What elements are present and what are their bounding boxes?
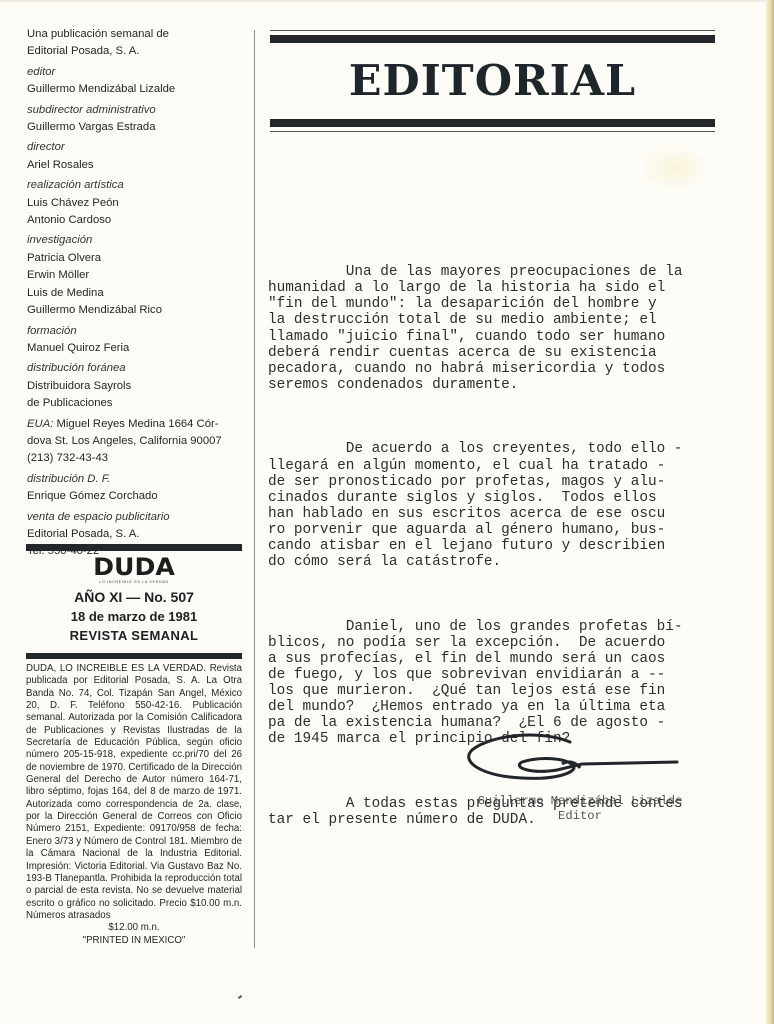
column-divider xyxy=(254,30,255,948)
printed-in-mexico: "PRINTED IN MEXICO" xyxy=(26,935,242,947)
credit-group: distribución D. F.Enrique Gómez Corchado xyxy=(27,471,243,506)
credit-name: Guillermo Mendizábal Lizalde xyxy=(27,81,243,98)
usa-label: EUA: xyxy=(27,418,53,430)
title-top-bar xyxy=(270,35,715,43)
title-top-thin-rule xyxy=(270,30,715,31)
issue-top-bar xyxy=(26,544,242,551)
stray-mark xyxy=(238,995,242,999)
credit-group: directorAriel Rosales xyxy=(27,139,243,174)
credit-role: investigación xyxy=(27,232,243,249)
usa-phone: (213) 732-43-43 xyxy=(27,450,243,467)
legal-notice: DUDA, LO INCREIBLE ES LA VERDAD. Revista… xyxy=(26,663,242,947)
page-top-shadow xyxy=(0,0,774,3)
intro-line: Una publicación semanal de xyxy=(27,26,243,43)
credit-name: Enrique Gómez Corchado xyxy=(27,488,243,505)
credit-name: Editorial Posada, S. A. xyxy=(27,526,243,543)
credit-group: investigaciónPatricia OlveraErwin Möller… xyxy=(27,232,243,319)
credit-role: editor xyxy=(27,64,243,81)
credit-role: director xyxy=(27,139,243,156)
usa-address-1: Miguel Reyes Medina 1664 Cór- xyxy=(57,418,219,430)
editorial-paragraph: De acuerdo a los creyentes, todo ello - … xyxy=(268,441,718,570)
page-edge xyxy=(766,0,774,1024)
credit-group: subdirector administrativoGuillermo Varg… xyxy=(27,102,243,137)
credit-group: editorGuillermo Mendizábal Lizalde xyxy=(27,64,243,99)
usa-line: EUA: Miguel Reyes Medina 1664 Cór- xyxy=(27,416,243,433)
usa-line: dova St. Los Angeles, California 90007 xyxy=(27,433,243,450)
credit-role: distribución foránea xyxy=(27,360,243,377)
credit-role: realización artística xyxy=(27,177,243,194)
legal-text: DUDA, LO INCREIBLE ES LA VERDAD. Revista… xyxy=(26,663,242,921)
masthead-usa: EUA: Miguel Reyes Medina 1664 Cór- dova … xyxy=(27,416,243,468)
credit-name: Ariel Rosales xyxy=(27,157,243,174)
credit-name: Erwin Möller xyxy=(27,267,243,284)
signature-block: Guillermo Mendizábal Lizalde Editor xyxy=(430,794,730,824)
masthead-intro: Una publicación semanal de Editorial Pos… xyxy=(27,26,243,61)
credit-role: subdirector administrativo xyxy=(27,102,243,119)
editorial-title: EDITORIAL xyxy=(266,55,720,107)
issue-bottom-bar xyxy=(26,653,242,659)
signature-scribble xyxy=(462,728,682,788)
duda-logo: DUDA xyxy=(21,554,248,580)
title-bottom-bar xyxy=(270,119,715,127)
credit-name: Patricia Olvera xyxy=(27,250,243,267)
credit-role: distribución D. F. xyxy=(27,471,243,488)
credit-group: distribución foráneaDistribuidora Sayrol… xyxy=(27,360,243,412)
credit-group: realización artísticaLuis Chávez PeónAnt… xyxy=(27,177,243,229)
credit-name: Distribuidora Sayrols xyxy=(27,378,243,395)
credit-name: Guillermo Vargas Estrada xyxy=(27,119,243,136)
credit-role: formación xyxy=(27,323,243,340)
back-issue-price: $12.00 m.n. xyxy=(26,922,242,934)
issue-number: AÑO XI — No. 507 xyxy=(26,588,242,607)
issue-date: 18 de marzo de 1981 xyxy=(26,607,242,626)
editorial-paragraph: Una de las mayores preocupaciones de la … xyxy=(268,264,718,393)
credit-name: Luis de Medina xyxy=(27,285,243,302)
title-bottom-thin-rule xyxy=(270,131,715,132)
credit-name: Guillermo Mendizábal Rico xyxy=(27,302,243,319)
credit-name: de Publicaciones xyxy=(27,395,243,412)
credit-name: Luis Chávez Peón xyxy=(27,195,243,212)
credit-role: venta de espacio publicitario xyxy=(27,509,243,526)
credit-name: Manuel Quiroz Feria xyxy=(27,340,243,357)
issue-box: DUDA lo increible es la verdad AÑO XI — … xyxy=(26,554,242,645)
credit-name: Antonio Cardoso xyxy=(27,212,243,229)
paper-stain xyxy=(640,145,710,190)
intro-line: Editorial Posada, S. A. xyxy=(27,43,243,60)
signature-name: Guillermo Mendizábal Lizalde xyxy=(430,794,730,809)
issue-type: REVISTA SEMANAL xyxy=(26,626,242,645)
masthead: Una publicación semanal de Editorial Pos… xyxy=(27,26,243,564)
signature-title: Editor xyxy=(430,809,730,824)
credit-group: formaciónManuel Quiroz Feria xyxy=(27,323,243,358)
